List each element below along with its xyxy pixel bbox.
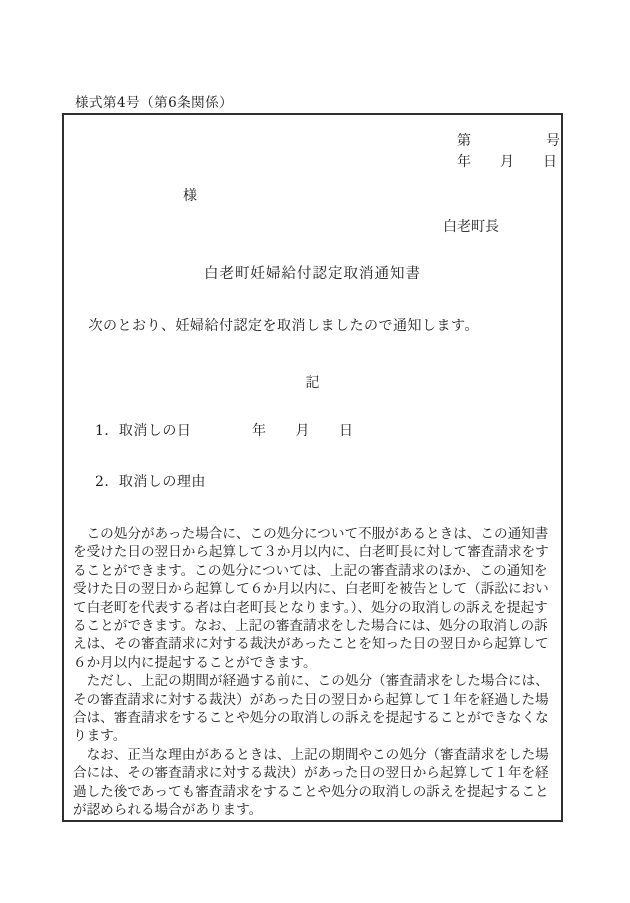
document-number-prefix: 第 <box>457 130 471 150</box>
intro-sentence: 次のとおり、妊婦給付認定を取消しましたので通知します。 <box>74 315 479 335</box>
document-number-suffix: 号 <box>546 130 560 150</box>
notice-document-frame: 第 号 年 月 日 様 白老町長 白老町妊婦給付認定取消通知書 次のとおり、妊婦… <box>62 113 563 822</box>
appeal-rights-notice: この処分があった場合に、この処分について不服があるときは、この通知書 を受けた日… <box>73 525 578 820</box>
document-page: 様式第4号（第6条関係） 第 号 年 月 日 様 白老町長 白老町妊婦給付認定取… <box>0 0 630 903</box>
date-month-label: 月 <box>500 151 514 171</box>
item2-revocation-reason-label: 2．取消しの理由 <box>95 471 206 491</box>
date-day-label: 日 <box>543 151 557 171</box>
date-year-label: 年 <box>457 151 471 171</box>
ki-marker: 記 <box>64 372 561 392</box>
addressee-honorific: 様 <box>183 185 197 205</box>
document-title: 白老町妊婦給付認定取消通知書 <box>64 262 561 283</box>
item1-date-blank: 年 月 日 <box>252 420 354 440</box>
document-number-line: 第 号 <box>457 130 560 150</box>
form-number-label: 様式第4号（第6条関係） <box>75 91 233 111</box>
item1-revocation-date-label: 1．取消しの日 <box>95 420 191 440</box>
sender-name: 白老町長 <box>443 216 499 236</box>
document-date-line: 年 月 日 <box>457 151 557 171</box>
